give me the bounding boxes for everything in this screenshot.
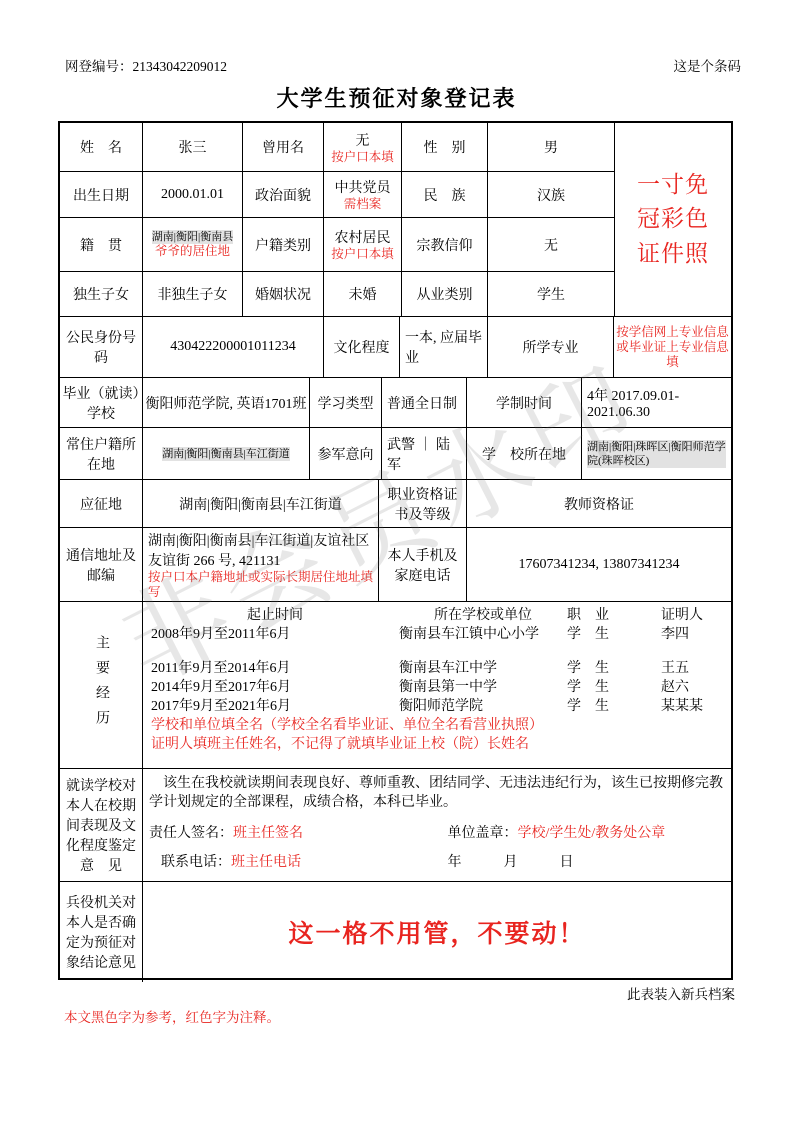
experience-cell: 起止时间 所在学校或单位 职 业 证明人 2008年9月至2011年6月 衡南县… <box>143 602 731 768</box>
conclusion-cell: 这一格不用管，不要动！ <box>143 882 731 982</box>
experience-period: 2011年9月至2014年6月 <box>147 659 399 678</box>
address-value: 湖南|衡阳|衡南县|车江街道|友谊社区友谊街 266 号, 421131 <box>148 530 373 570</box>
certificate-label: 职业资格证书及等级 <box>379 480 467 527</box>
enlist-place-value: 湖南|衡阳|衡南县|车江街道 <box>143 480 379 527</box>
certificate-value: 教师资格证 <box>467 480 731 527</box>
photo-placeholder-text: 一寸免冠彩色证件照 <box>634 168 712 272</box>
conclusion-label: 兵役机关对本人是否确定为预征对象结论意见 <box>60 882 143 982</box>
experience-label-text: 主要经历 <box>91 635 111 735</box>
experience-header-witness: 证明人 <box>629 606 727 625</box>
web-reg-label: 网登编号： <box>65 59 133 74</box>
experience-note-1: 学校和单位填全名（学校全名看毕业证、单位全名看营业执照） <box>147 716 727 735</box>
phone-value: 17607341234, 13807341234 <box>467 528 731 601</box>
tel-label: 联系电话： <box>149 851 231 871</box>
experience-period: 2014年9月至2017年6月 <box>147 678 399 697</box>
experience-org: 衡南县车江中学 <box>399 659 567 678</box>
experience-row: 2017年9月至2021年6月 衡阳师范学院 学 生 某某某 <box>147 697 727 716</box>
evaluation-tel-line: 联系电话：班主任电话 年 月 日 <box>149 851 723 871</box>
former-name-label: 曾用名 <box>243 123 324 171</box>
conclusion-note: 这一格不用管，不要动！ <box>288 914 585 950</box>
legend-note: 本文黑色字为参考，红色字为注释。 <box>64 1006 280 1026</box>
hukou-type-cell: 农村居民 按户口本填 <box>324 218 402 271</box>
hukou-type-value: 农村居民 <box>335 227 391 247</box>
name-value: 张三 <box>143 123 243 171</box>
experience-org: 衡南县车江镇中心小学 <box>399 625 567 644</box>
major-label: 所学专业 <box>488 317 614 377</box>
experience-row: 2011年9月至2014年6月 衡南县车江中学 学 生 王五 <box>147 659 727 678</box>
archive-note: 此表装入新兵档案 <box>627 983 735 1003</box>
address-cell: 湖南|衡阳|衡南县|车江街道|友谊社区友谊街 266 号, 421131 按户口… <box>143 528 379 601</box>
experience-header-org: 所在学校或单位 <box>399 606 567 625</box>
school-label: 毕业（就读）学校 <box>60 378 143 427</box>
web-reg-number: 网登编号：21343042209012 <box>65 55 227 75</box>
edu-value: 一本, 应届毕业 <box>400 317 488 377</box>
study-type-label: 学习类型 <box>310 378 382 427</box>
ethnic-value: 汉族 <box>488 172 614 217</box>
experience-period: 2017年9月至2021年6月 <box>147 697 399 716</box>
school-location-cell: 湖南|衡阳|珠晖区|衡阳师范学院(珠晖校区) <box>582 428 731 479</box>
registration-form-page: 网登编号：21343042209012 这是个条码 大学生预征对象登记表 姓 名… <box>0 0 793 1122</box>
former-name-value: 无 <box>356 130 370 150</box>
experience-label: 主要经历 <box>60 602 143 768</box>
experience-row: 2008年9月至2011年6月 衡南县车江镇中心小学 学 生 李四 <box>147 625 727 644</box>
experience-header-row: 起止时间 所在学校或单位 职 业 证明人 <box>147 606 727 625</box>
id-label: 公民身份号码 <box>60 317 143 377</box>
major-note: 按学信网上专业信息或毕业证上专业信息填 <box>614 317 731 377</box>
experience-row: 2014年9月至2017年6月 衡南县第一中学 学 生 赵六 <box>147 678 727 697</box>
school-location-value: 湖南|衡阳|珠晖区|衡阳师范学院(珠晖校区) <box>587 440 726 468</box>
edu-label: 文化程度 <box>324 317 400 377</box>
row-address: 通信地址及邮编 湖南|衡阳|衡南县|车江街道|友谊社区友谊街 266 号, 42… <box>60 528 731 602</box>
signer-label: 责任人签名： <box>149 826 233 841</box>
signer-note: 班主任签名 <box>233 826 303 841</box>
row-only-child: 独生子女 非独生子女 婚姻状况 未婚 从业类别 学生 <box>60 272 614 317</box>
duration-value: 4年 2017.09.01-2021.06.30 <box>582 378 731 427</box>
address-label: 通信地址及邮编 <box>60 528 143 601</box>
enlist-place-label: 应征地 <box>60 480 143 527</box>
marital-value: 未婚 <box>324 272 402 316</box>
politics-cell: 中共党员 需档案 <box>324 172 402 217</box>
row-birth: 出生日期 2000.01.01 政治面貌 中共党员 需档案 民 族 汉族 <box>60 172 614 218</box>
experience-witness: 某某某 <box>629 697 727 716</box>
experience-witness: 赵六 <box>629 678 727 697</box>
stamp-note: 学校/学生处/教务处公章 <box>517 826 665 841</box>
former-name-cell: 无 按户口本填 <box>324 123 402 171</box>
row-hukou: 常住户籍所在地 湖南|衡阳|衡南县|车江街道 参军意向 武警 ｜ 陆军 学 校所… <box>60 428 731 480</box>
experience-org: 衡阳师范学院 <box>399 697 567 716</box>
origin-value: 湖南|衡阳|衡南县 <box>152 230 233 244</box>
phone-label: 本人手机及家庭电话 <box>379 528 467 601</box>
evaluation-cell: 该生在我校就读期间表现良好、尊师重教、团结同学、无违法违纪行为，该生已按期修完教… <box>143 769 731 881</box>
row-school: 毕业（就读）学校 衡阳师范学院, 英语1701班 学习类型 普通全日制 学制时间… <box>60 378 731 428</box>
experience-occupation: 学 生 <box>567 625 629 644</box>
tel-group: 联系电话：班主任电话 <box>149 851 447 871</box>
signer-group: 责任人签名：班主任签名 <box>149 822 447 842</box>
experience-header-occupation: 职 业 <box>567 606 629 625</box>
evaluation-sign-line: 责任人签名：班主任签名 单位盖章：学校/学生处/教务处公章 <box>149 822 723 842</box>
origin-note: 爷爷的居住地 <box>155 244 230 259</box>
politics-note: 需档案 <box>344 197 382 212</box>
row-origin: 籍 贯 湖南|衡阳|衡南县 爷爷的居住地 户籍类别 农村居民 按户口本填 宗教信… <box>60 218 614 272</box>
religion-label: 宗教信仰 <box>402 218 488 271</box>
only-child-value: 非独生子女 <box>143 272 243 316</box>
stamp-group: 单位盖章：学校/学生处/教务处公章 <box>447 822 723 842</box>
gender-label: 性 别 <box>402 123 488 171</box>
study-type-value: 普通全日制 <box>382 378 467 427</box>
experience-occupation: 学 生 <box>567 697 629 716</box>
row-experience: 主要经历 起止时间 所在学校或单位 职 业 证明人 2008年9月至2011年6… <box>60 602 731 769</box>
web-reg-value: 21343042209012 <box>133 59 228 74</box>
experience-witness: 李四 <box>629 625 727 644</box>
hukou-type-label: 户籍类别 <box>243 218 324 271</box>
hukou-label: 常住户籍所在地 <box>60 428 143 479</box>
school-value: 衡阳师范学院, 英语1701班 <box>143 378 310 427</box>
hukou-type-note: 按户口本填 <box>331 247 394 262</box>
row-conclusion: 兵役机关对本人是否确定为预征对象结论意见 这一格不用管，不要动！ <box>60 882 731 982</box>
politics-label: 政治面貌 <box>243 172 324 217</box>
gender-value: 男 <box>488 123 614 171</box>
form-title: 大学生预征对象登记表 <box>0 82 793 113</box>
photo-cell: 一寸免冠彩色证件照 <box>614 123 731 317</box>
intention-label: 参军意向 <box>310 428 382 479</box>
occupation-label: 从业类别 <box>402 272 488 316</box>
ethnic-label: 民 族 <box>402 172 488 217</box>
id-value: 430422200001011234 <box>143 317 324 377</box>
form-table: 姓 名 张三 曾用名 无 按户口本填 性 别 男 出生日期 2000.01.01… <box>58 121 733 980</box>
name-label: 姓 名 <box>60 123 143 171</box>
experience-note-2: 证明人填班主任姓名，不记得了就填毕业证上校（院）长姓名 <box>147 735 727 754</box>
top-line: 网登编号：21343042209012 这是个条码 <box>65 55 741 75</box>
experience-period: 2008年9月至2011年6月 <box>147 625 399 644</box>
barcode-placeholder: 这是个条码 <box>674 55 742 75</box>
evaluation-paragraph: 该生在我校就读期间表现良好、尊师重教、团结同学、无违法违纪行为，该生已按期修完教… <box>149 774 723 812</box>
marital-label: 婚姻状况 <box>243 272 324 316</box>
intention-value: 武警 ｜ 陆军 <box>382 428 467 479</box>
date-fields: 年 月 日 <box>447 851 723 871</box>
address-note: 按户口本户籍地址或实际长期居住地址填写 <box>148 570 373 600</box>
row-enlist-place: 应征地 湖南|衡阳|衡南县|车江街道 职业资格证书及等级 教师资格证 <box>60 480 731 528</box>
row-name: 姓 名 张三 曾用名 无 按户口本填 性 别 男 <box>60 123 614 172</box>
occupation-value: 学生 <box>488 272 614 316</box>
evaluation-label: 就读学校对本人在校期间表现及文化程度鉴定意 见 <box>60 769 143 881</box>
only-child-label: 独生子女 <box>60 272 143 316</box>
origin-label: 籍 贯 <box>60 218 143 271</box>
hukou-value-cell: 湖南|衡阳|衡南县|车江街道 <box>143 428 310 479</box>
tel-note: 班主任电话 <box>231 855 301 870</box>
school-location-label: 学 校所在地 <box>467 428 582 479</box>
row-id: 公民身份号码 430422200001011234 文化程度 一本, 应届毕业 … <box>60 317 731 378</box>
politics-value: 中共党员 <box>335 177 391 197</box>
hukou-value: 湖南|衡阳|衡南县|车江街道 <box>162 447 290 461</box>
birth-value: 2000.01.01 <box>143 172 243 217</box>
stamp-label: 单位盖章： <box>447 826 517 841</box>
origin-cell: 湖南|衡阳|衡南县 爷爷的居住地 <box>143 218 243 271</box>
religion-value: 无 <box>488 218 614 271</box>
experience-org: 衡南县第一中学 <box>399 678 567 697</box>
former-name-note: 按户口本填 <box>331 150 394 165</box>
experience-header-period: 起止时间 <box>147 606 399 625</box>
experience-witness: 王五 <box>629 659 727 678</box>
experience-occupation: 学 生 <box>567 659 629 678</box>
experience-occupation: 学 生 <box>567 678 629 697</box>
row-evaluation: 就读学校对本人在校期间表现及文化程度鉴定意 见 该生在我校就读期间表现良好、尊师… <box>60 769 731 882</box>
duration-label: 学制时间 <box>467 378 582 427</box>
birth-label: 出生日期 <box>60 172 143 217</box>
